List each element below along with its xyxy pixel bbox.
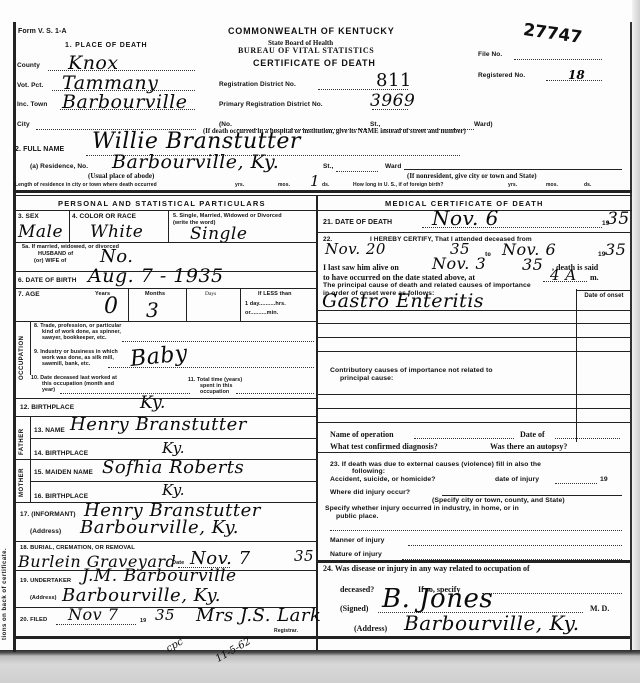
last-saw-year: 35 bbox=[522, 255, 543, 274]
date-onset-label: Date of onset bbox=[584, 293, 624, 300]
father-birthplace-value: Ky. bbox=[162, 439, 185, 457]
age-divider-2 bbox=[186, 288, 187, 321]
dob-value: Aug. 7 - 1935 bbox=[88, 265, 224, 287]
birthplace-label: 12. BIRTHPLACE bbox=[20, 404, 74, 411]
date-of-death-label: 21. DATE OF DEATH bbox=[323, 219, 392, 226]
mother-side-label: MOTHER bbox=[19, 468, 25, 497]
less-than-label-3: or..........min. bbox=[245, 310, 278, 316]
color-label: 4. COLOR OR RACE bbox=[72, 213, 136, 220]
father-side-label: FATHER bbox=[19, 428, 25, 455]
residence-ward-line bbox=[404, 169, 622, 170]
undertaker-address-label: (Address) bbox=[30, 595, 57, 601]
years-value: 0 bbox=[104, 294, 119, 319]
contrib-line-2 bbox=[316, 408, 630, 409]
primary-reg-label: Primary Registration District No. bbox=[219, 101, 323, 108]
length-yrs: yrs. bbox=[235, 182, 244, 188]
months-value: 3 bbox=[146, 298, 159, 322]
cause-line-3 bbox=[316, 337, 630, 338]
contributory-text-2: principal cause: bbox=[340, 375, 393, 382]
spouse-value: No. bbox=[100, 246, 134, 267]
deceased-label: deceased? bbox=[340, 585, 374, 594]
mother-name-label: 15. MAIDEN NAME bbox=[34, 469, 93, 476]
foreign-mos: mos. bbox=[546, 182, 558, 188]
ext-causes-2: following: bbox=[352, 468, 385, 475]
date-of-death-year: 35 bbox=[607, 209, 630, 229]
cause-line-4 bbox=[316, 351, 630, 352]
residence-ward-label: Ward bbox=[385, 163, 401, 170]
last-saw-text: I last saw him alive on bbox=[323, 263, 399, 272]
sex-label: 3. SEX bbox=[18, 213, 39, 220]
residence-st-line bbox=[336, 171, 378, 172]
nonresident-note: (If nonresident, give city or town and S… bbox=[407, 172, 537, 180]
row-divider-17 bbox=[15, 541, 316, 542]
reg-district-value: 811 bbox=[376, 70, 412, 91]
contributory-text-1: Contributory causes of importance not re… bbox=[330, 367, 493, 374]
marital-value: Single bbox=[190, 224, 247, 244]
principal-cause-value: Gastro Enteritis bbox=[322, 290, 484, 312]
section-divider-top bbox=[15, 190, 632, 193]
onset-column-divider bbox=[576, 289, 577, 442]
less-than-label-2: 1 day..........hrs. bbox=[245, 301, 286, 307]
side-note: tions on back of certificate. bbox=[2, 548, 8, 640]
registered-no-label: Registered No. bbox=[478, 72, 525, 79]
manner-label: Manner of injury bbox=[330, 537, 384, 544]
occupation-side-divider bbox=[30, 321, 31, 375]
foreign-birth-label: How long in U. S., if of foreign birth? bbox=[353, 182, 444, 188]
undertaker-address-value: Barbourville, Ky. bbox=[62, 585, 221, 606]
undertaker-label: 19. UNDERTAKER bbox=[20, 578, 71, 584]
primary-reg-value: 3969 bbox=[370, 91, 415, 111]
dob-label: 6. DATE OF BIRTH bbox=[18, 277, 77, 284]
occ8-label-3: sawyer, bookkeeper, etc. bbox=[42, 335, 107, 341]
occ10-line bbox=[60, 393, 190, 394]
occ11-label-3: occupation bbox=[200, 389, 229, 395]
residence-st-label: St., bbox=[323, 163, 334, 170]
autopsy-label: Was there an autopsy? bbox=[490, 442, 567, 451]
place-of-death-label: 1. PLACE OF DEATH bbox=[65, 42, 147, 49]
days-label: Days bbox=[205, 291, 216, 297]
ext-causes-1: 23. If death was due to external causes … bbox=[330, 461, 541, 468]
age-divider-1 bbox=[128, 288, 129, 321]
registrar-label: Registrar. bbox=[274, 628, 298, 634]
filed-year: 35 bbox=[155, 606, 175, 624]
onset-header-top bbox=[576, 290, 630, 291]
attended-from-value: Nov. 20 bbox=[325, 240, 386, 258]
occ-related-text: 24. Was disease or injury in any way rel… bbox=[323, 564, 530, 573]
birthplace-value: Ky. bbox=[140, 393, 166, 413]
county-label: County bbox=[17, 62, 40, 69]
filed-label: 20. FILED bbox=[20, 617, 47, 623]
less-than-label-1: If LESS than bbox=[258, 291, 292, 297]
certificate-title: CERTIFICATE OF DEATH bbox=[253, 58, 376, 68]
mother-birthplace-value: Ky. bbox=[162, 481, 185, 499]
length-mos: mos. bbox=[278, 182, 290, 188]
section-divider-top-2 bbox=[15, 195, 632, 196]
spouse-label-3: (or) WIFE of bbox=[34, 258, 66, 264]
filed-date-line bbox=[56, 624, 136, 625]
burial-year: 35 bbox=[294, 547, 314, 565]
city-label: City bbox=[17, 121, 30, 128]
where-injury-line bbox=[442, 495, 622, 496]
father-name-value: Henry Branstutter bbox=[70, 414, 247, 435]
state-title: COMMONWEALTH OF KENTUCKY bbox=[228, 26, 395, 36]
months-label: Months bbox=[145, 291, 165, 297]
sex-divider bbox=[69, 210, 70, 242]
file-no-line bbox=[514, 59, 602, 60]
inc-town-label: Inc. Town bbox=[17, 101, 47, 108]
usual-abode-note: (Usual place of abode) bbox=[88, 172, 154, 180]
if-so-line bbox=[482, 593, 622, 594]
manner-line bbox=[408, 545, 622, 546]
residence-value: Barbourville, Ky. bbox=[112, 151, 279, 173]
city-ward-label: Ward) bbox=[474, 121, 493, 128]
operation-line bbox=[414, 438, 514, 439]
undertaker-value: J.M. Barbourville bbox=[82, 566, 237, 586]
registrar-signature: Mrs J.S. Lark bbox=[196, 605, 321, 626]
registered-no-value: 18 bbox=[568, 68, 585, 82]
row-divider-21 bbox=[316, 232, 630, 233]
filed-year-prefix: 19 bbox=[140, 618, 146, 624]
informant-label: 17. (INFORMANT) bbox=[20, 511, 76, 518]
occ11-line bbox=[236, 393, 314, 394]
date-injury-label: date of injury bbox=[495, 476, 539, 483]
row-divider-23 bbox=[316, 560, 630, 563]
specify-city-note: (Specify city or town, county, and State… bbox=[432, 497, 565, 504]
city-st-label: St., bbox=[370, 121, 381, 128]
vot-pct-label: Vot. Pct. bbox=[17, 82, 43, 89]
color-value: White bbox=[90, 222, 143, 242]
length-ds: ds. bbox=[322, 182, 330, 188]
occ9-label-3: sawmill, bank, etc. bbox=[42, 361, 90, 367]
last-saw-value: Nov. 3 bbox=[432, 254, 486, 273]
residence-label: (a) Residence, No. bbox=[30, 163, 88, 170]
county-value: Knox bbox=[68, 52, 119, 74]
occ10-label-3: year) bbox=[42, 387, 55, 393]
form-bottom-right bbox=[316, 636, 630, 639]
physician-signature: B. Jones bbox=[382, 584, 493, 614]
operation-label: Name of operation bbox=[330, 430, 394, 439]
section-title-underline bbox=[15, 210, 632, 211]
date-of-death-value: Nov. 6 bbox=[432, 206, 499, 230]
informant-address-label: (Address) bbox=[30, 528, 61, 535]
page-edge-shadow bbox=[632, 0, 640, 683]
m-label: m. bbox=[590, 273, 599, 282]
where-injury-label: Where did injury occur? bbox=[330, 489, 410, 496]
test-label: What test confirmed diagnosis? bbox=[330, 442, 438, 451]
occ8-line bbox=[122, 341, 314, 342]
death-certificate-page: Form V. S. 1-A COMMONWEALTH OF KENTUCKY … bbox=[0, 0, 640, 683]
personal-section-title: PERSONAL AND STATISTICAL PARTICULARS bbox=[58, 199, 266, 208]
mother-name-value: Sofhia Roberts bbox=[102, 457, 244, 478]
date-of-line bbox=[555, 438, 620, 439]
physician-address-value: Barbourville, Ky. bbox=[404, 611, 580, 635]
reg-district-label: Registration District No. bbox=[219, 81, 296, 88]
date-injury-line bbox=[555, 483, 597, 484]
industry-line bbox=[330, 530, 622, 531]
form-bottom-left bbox=[15, 636, 316, 639]
attended-to-year: 35 bbox=[605, 240, 626, 259]
nature-label: Nature of injury bbox=[330, 551, 382, 558]
city-no-label: (No. bbox=[219, 121, 232, 128]
cause-line-2 bbox=[316, 323, 630, 324]
time-value: 4 A bbox=[550, 266, 577, 284]
md-label: M. D. bbox=[590, 604, 609, 613]
age-divider-3 bbox=[240, 288, 241, 321]
date-of-label: Date of bbox=[520, 430, 545, 439]
form-id: Form V. S. 1-A bbox=[18, 28, 67, 35]
specify-industry-2: public place. bbox=[336, 513, 378, 520]
spouse-label-2: HUSBAND of bbox=[38, 251, 73, 257]
bureau-name: BUREAU OF VITAL STATISTICS bbox=[238, 46, 374, 55]
foreign-ds: ds. bbox=[584, 182, 592, 188]
inc-town-value: Barbourville bbox=[62, 91, 188, 113]
contrib-line-1 bbox=[316, 394, 630, 395]
filed-value: Nov 7 bbox=[68, 605, 118, 624]
full-name-label: 2. FULL NAME bbox=[15, 146, 64, 153]
accident-label: Accident, suicide, or homicide? bbox=[330, 476, 435, 483]
informant-address-value: Barbourville, Ky. bbox=[80, 517, 239, 538]
row-divider-7 bbox=[15, 321, 316, 322]
contrib-line-3 bbox=[316, 422, 630, 423]
mother-birthplace-label: 16. BIRTHPLACE bbox=[34, 493, 88, 500]
occupation-side-label: OCCUPATION bbox=[19, 336, 25, 380]
occurred-text: to have occurred on the date stated abov… bbox=[323, 273, 475, 282]
foreign-yrs: yrs. bbox=[508, 182, 517, 188]
father-name-label: 13. NAME bbox=[34, 427, 65, 434]
row-divider-6 bbox=[15, 288, 316, 289]
father-birthplace-label: 14. BIRTHPLACE bbox=[34, 450, 88, 457]
file-no-label: File No. bbox=[478, 51, 502, 58]
signed-label: (Signed) bbox=[340, 604, 368, 613]
row-divider-5 bbox=[15, 242, 316, 243]
specify-industry-1: Specify whether injury occurred in indus… bbox=[325, 505, 519, 512]
cause-line-1 bbox=[316, 310, 630, 311]
page-bottom-shadow bbox=[0, 650, 640, 683]
principal-text-1: The principal cause of death and related… bbox=[323, 282, 531, 289]
sex-value: Male bbox=[18, 222, 63, 242]
color-divider bbox=[168, 210, 169, 242]
length-residence-label: Length of residence in city or town wher… bbox=[15, 182, 157, 188]
length-ds-value: 1 bbox=[310, 172, 320, 190]
injury-year-prefix: 19 bbox=[600, 476, 608, 483]
row-divider-22 bbox=[316, 452, 630, 453]
burial-label: 18. BURIAL, CREMATION, OR REMOVAL bbox=[20, 545, 135, 551]
age-label: 7. AGE bbox=[18, 291, 40, 298]
address-label: (Address) bbox=[354, 624, 387, 633]
